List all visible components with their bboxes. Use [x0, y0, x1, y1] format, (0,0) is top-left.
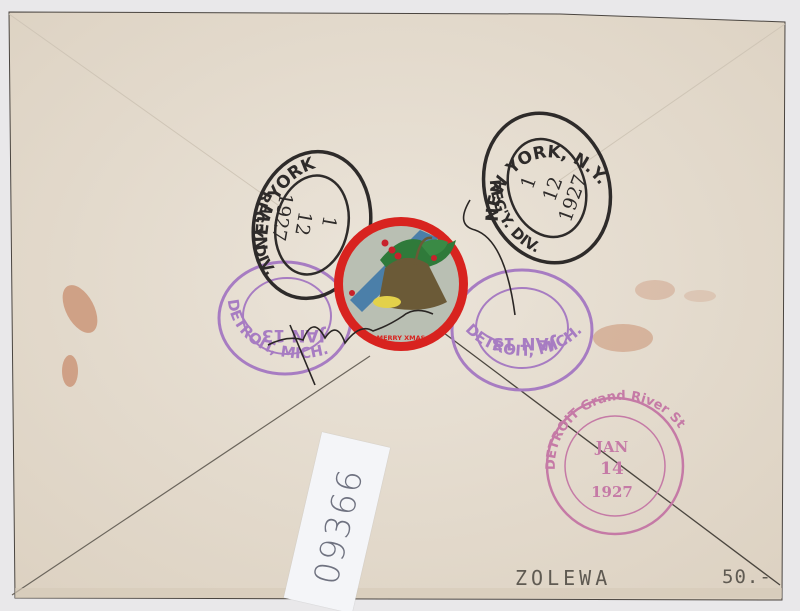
inventory-number: 09366	[304, 454, 374, 599]
svg-text:1927: 1927	[591, 483, 633, 501]
svg-text:MERRY XMAS: MERRY XMAS	[377, 334, 426, 342]
svg-text:JAN: JAN	[594, 438, 629, 456]
svg-text:14: 14	[600, 459, 624, 479]
pencil-price: 50.-	[722, 566, 772, 588]
christmas-seal: MERRY XMAS	[334, 217, 468, 351]
inventory-label: 09366	[322, 432, 446, 608]
pencil-signature: ZOLEWA	[515, 566, 611, 590]
